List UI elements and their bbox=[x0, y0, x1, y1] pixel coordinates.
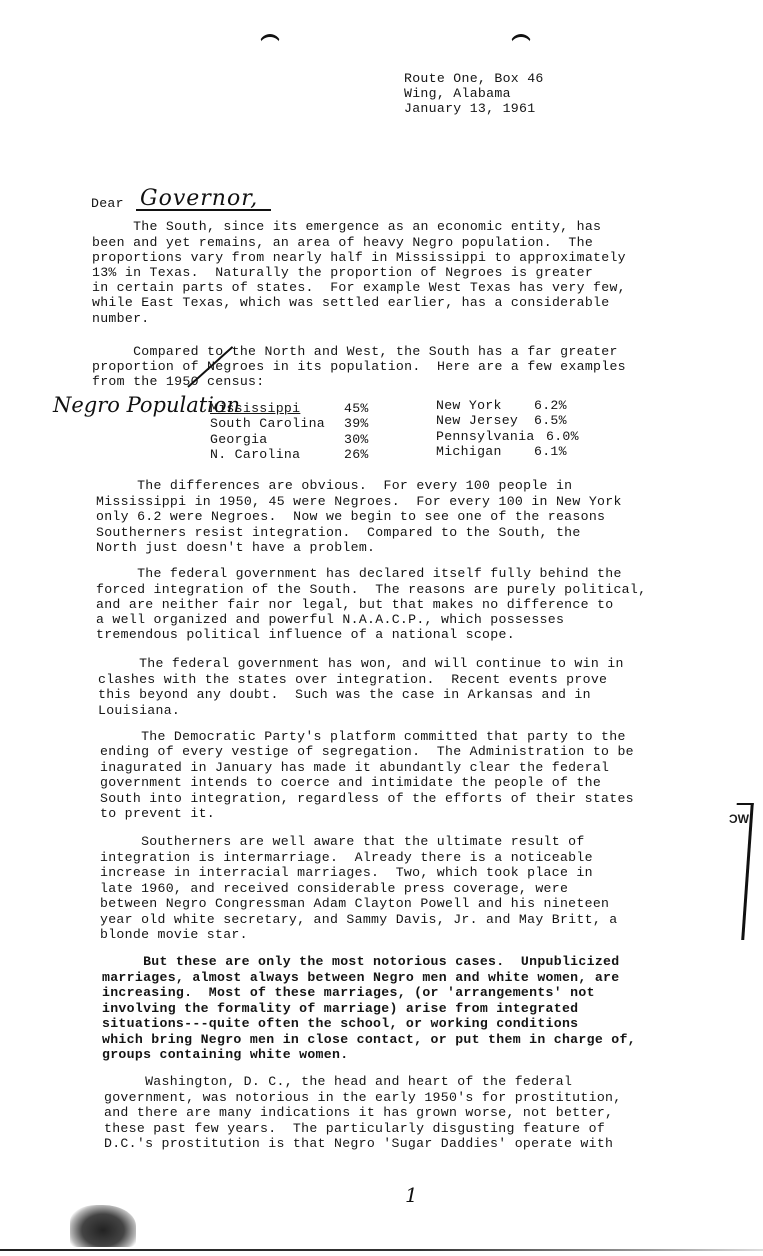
handwritten-recipient: Governor, bbox=[140, 186, 258, 211]
text-line: proportions vary from nearly half in Mis… bbox=[92, 250, 626, 266]
state-name: N. Carolina bbox=[210, 447, 300, 463]
state-name: Pennsylvania bbox=[436, 429, 535, 445]
text-line: forced integration of the South. The rea… bbox=[96, 582, 646, 598]
text-line: groups containing white women. bbox=[102, 1047, 348, 1063]
text-line: Washington, D. C., the head and heart of… bbox=[104, 1074, 572, 1090]
text-line: situations---quite often the school, or … bbox=[102, 1016, 578, 1032]
text-line: D.C.'s prostitution is that Negro 'Sugar… bbox=[104, 1136, 613, 1152]
text-line: inagurated in January has made it abunda… bbox=[100, 760, 609, 776]
text-line: late 1960, and received considerable pre… bbox=[100, 881, 568, 897]
text-line: But these are only the most notorious ca… bbox=[102, 954, 619, 970]
address-line-1: Route One, Box 46 bbox=[404, 71, 544, 87]
text-line: South into integration, regardless of th… bbox=[100, 791, 634, 807]
text-line: and are neither fair nor legal, but that… bbox=[96, 597, 613, 613]
text-line: clashes with the states over integration… bbox=[98, 672, 607, 688]
state-name: Mississippi bbox=[210, 401, 300, 417]
page-number: 1 bbox=[405, 1183, 418, 1207]
text-line: The South, since its emergence as an eco… bbox=[92, 219, 601, 235]
text-line: The Democratic Party's platform committe… bbox=[100, 729, 626, 745]
state-percent: 6.0% bbox=[546, 429, 579, 445]
state-name: South Carolina bbox=[210, 416, 325, 432]
text-line: proportion of Negroes in its population.… bbox=[92, 359, 626, 375]
text-line: ending of every vestige of segregation. … bbox=[100, 744, 634, 760]
state-percent: 45% bbox=[344, 401, 369, 417]
text-line: a well organized and powerful N.A.A.C.P.… bbox=[96, 612, 564, 628]
text-line: and there are many indications it has gr… bbox=[104, 1105, 613, 1121]
text-line: Southerners are well aware that the ulti… bbox=[100, 834, 585, 850]
state-name: Michigan bbox=[436, 444, 502, 460]
state-percent: 26% bbox=[344, 447, 369, 463]
text-line: blonde movie star. bbox=[100, 927, 248, 943]
text-line: increasing. Most of these marriages, (or… bbox=[102, 985, 595, 1001]
state-percent: 30% bbox=[344, 432, 369, 448]
address-line-2: Wing, Alabama bbox=[404, 86, 511, 102]
text-line: Louisiana. bbox=[98, 703, 180, 719]
state-percent: 6.5% bbox=[534, 413, 567, 429]
ink-smudge bbox=[70, 1205, 136, 1247]
text-line: while East Texas, which was settled earl… bbox=[92, 295, 609, 311]
text-line: number. bbox=[92, 311, 150, 327]
salutation-prefix: Dear bbox=[91, 196, 124, 212]
text-line: The federal government has won, and will… bbox=[98, 656, 624, 672]
text-line: in certain parts of states. For example … bbox=[92, 280, 626, 296]
text-line: government, was notorious in the early 1… bbox=[104, 1090, 621, 1106]
text-line: only 6.2 were Negroes. Now we begin to s… bbox=[96, 509, 605, 525]
text-line: Southerners resist integration. Compared… bbox=[96, 525, 581, 541]
state-name: New Jersey bbox=[436, 413, 518, 429]
text-line: year old white secretary, and Sammy Davi… bbox=[100, 912, 617, 928]
punch-hole-left bbox=[259, 34, 281, 49]
text-line: government intends to coerce and intimid… bbox=[100, 775, 601, 791]
text-line: North just doesn't have a problem. bbox=[96, 540, 375, 556]
state-percent: 6.2% bbox=[534, 398, 567, 414]
text-line: Mississippi in 1950, 45 were Negroes. Fo… bbox=[96, 494, 622, 510]
state-percent: 6.1% bbox=[534, 444, 567, 460]
letter-date: January 13, 1961 bbox=[404, 101, 535, 117]
margin-stamp-text: WC bbox=[729, 812, 749, 826]
text-line: tremendous political influence of a nati… bbox=[96, 627, 515, 643]
text-line: from the 1950 census: bbox=[92, 374, 265, 390]
text-line: these past few years. The particularly d… bbox=[104, 1121, 605, 1137]
letter-page: Route One, Box 46 Wing, Alabama January … bbox=[0, 0, 763, 1256]
state-percent: 39% bbox=[344, 416, 369, 432]
salutation-underline bbox=[136, 209, 271, 211]
text-line: 13% in Texas. Naturally the proportion o… bbox=[92, 265, 593, 281]
text-line: to prevent it. bbox=[100, 806, 215, 822]
text-line: this beyond any doubt. Such was the case… bbox=[98, 687, 591, 703]
text-line: The federal government has declared itse… bbox=[96, 566, 622, 582]
text-line: marriages, almost always between Negro m… bbox=[102, 970, 619, 986]
text-line: been and yet remains, an area of heavy N… bbox=[92, 235, 593, 251]
text-line: involving the formality of marriage) ari… bbox=[102, 1001, 578, 1017]
text-line: between Negro Congressman Adam Clayton P… bbox=[100, 896, 609, 912]
text-line: integration is intermarriage. Already th… bbox=[100, 850, 593, 866]
text-line: which bring Negro men in close contact, … bbox=[102, 1032, 636, 1048]
state-name: Georgia bbox=[210, 432, 268, 448]
text-line: increase in interracial marriages. Two, … bbox=[100, 865, 593, 881]
state-name: New York bbox=[436, 398, 502, 414]
punch-hole-right bbox=[510, 34, 532, 49]
page-bottom-edge bbox=[0, 1249, 763, 1251]
text-line: The differences are obvious. For every 1… bbox=[96, 478, 572, 494]
text-line: Compared to the North and West, the Sout… bbox=[92, 344, 618, 360]
